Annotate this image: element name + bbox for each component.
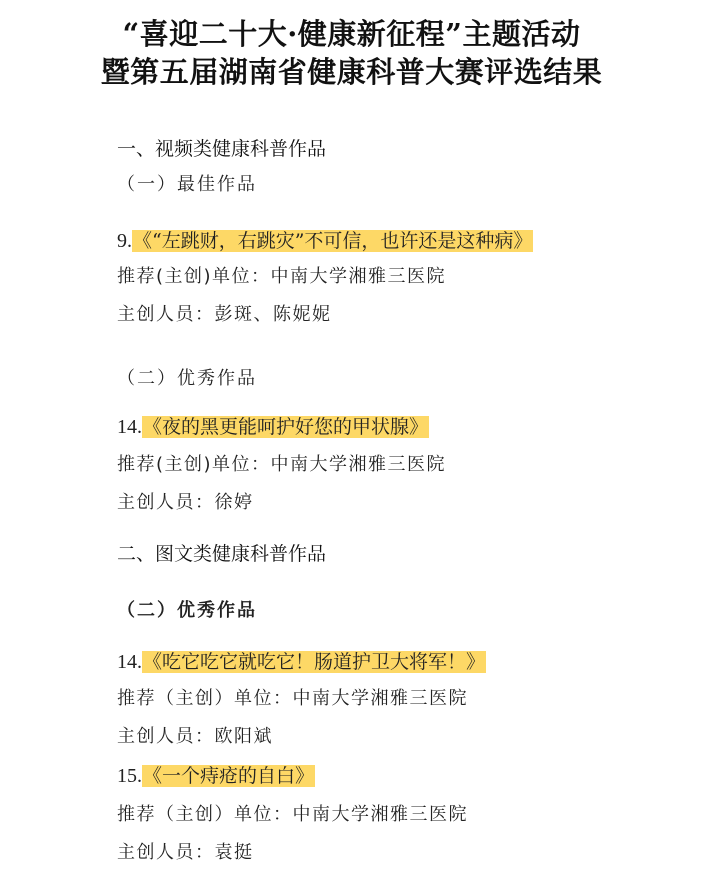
entry-unit: 推荐（主创）单位：中南大学湘雅三医院 (117, 802, 468, 828)
subsection-excellent-works: （二）优秀作品 (117, 366, 257, 392)
entry-unit: 推荐(主创)单位：中南大学湘雅三医院 (117, 264, 446, 290)
entry-title-highlight: 《夜的黑更能呵护好您的甲状腺》 (142, 416, 429, 438)
entry-number: 15. (117, 765, 142, 787)
entry-number: 14. (117, 416, 142, 438)
entry-title: 15.《一个痔疮的自白》 (117, 763, 315, 789)
entry-title-highlight: 《一个痔疮的自白》 (142, 765, 315, 787)
entry-creators: 主创人员：彭斑、陈妮妮 (117, 302, 332, 328)
entry-title-highlight: 《“左跳财，右跳灾”不可信，也许还是这种病》 (132, 230, 533, 252)
entry-title: 14.《吃它吃它就吃它！肠道护卫大将军！》 (117, 649, 486, 675)
entry-title: 9.《“左跳财，右跳灾”不可信，也许还是这种病》 (117, 228, 533, 254)
entry-creators: 主创人员：袁挺 (117, 840, 254, 866)
section-heading-graphic: 二、图文类健康科普作品 (117, 541, 326, 567)
entry-creators: 主创人员：欧阳斌 (117, 724, 273, 750)
document-title-line-2: 暨第五届湖南省健康科普大赛评选结果 (0, 52, 703, 92)
entry-creators: 主创人员：徐婷 (117, 490, 254, 516)
document-title-line-1: “喜迎二十大·健康新征程”主题活动 (0, 14, 703, 54)
entry-number: 9. (117, 230, 132, 252)
entry-unit: 推荐(主创)单位：中南大学湘雅三医院 (117, 452, 446, 478)
section-heading-video: 一、视频类健康科普作品 (117, 136, 326, 162)
entry-unit: 推荐（主创）单位：中南大学湘雅三医院 (117, 686, 468, 712)
entry-number: 14. (117, 651, 142, 673)
entry-title-highlight: 《吃它吃它就吃它！肠道护卫大将军！》 (142, 651, 486, 673)
entry-title: 14.《夜的黑更能呵护好您的甲状腺》 (117, 414, 429, 440)
subsection-best-works: （一）最佳作品 (117, 172, 257, 198)
subsection-excellent-works: （二）优秀作品 (117, 598, 257, 624)
